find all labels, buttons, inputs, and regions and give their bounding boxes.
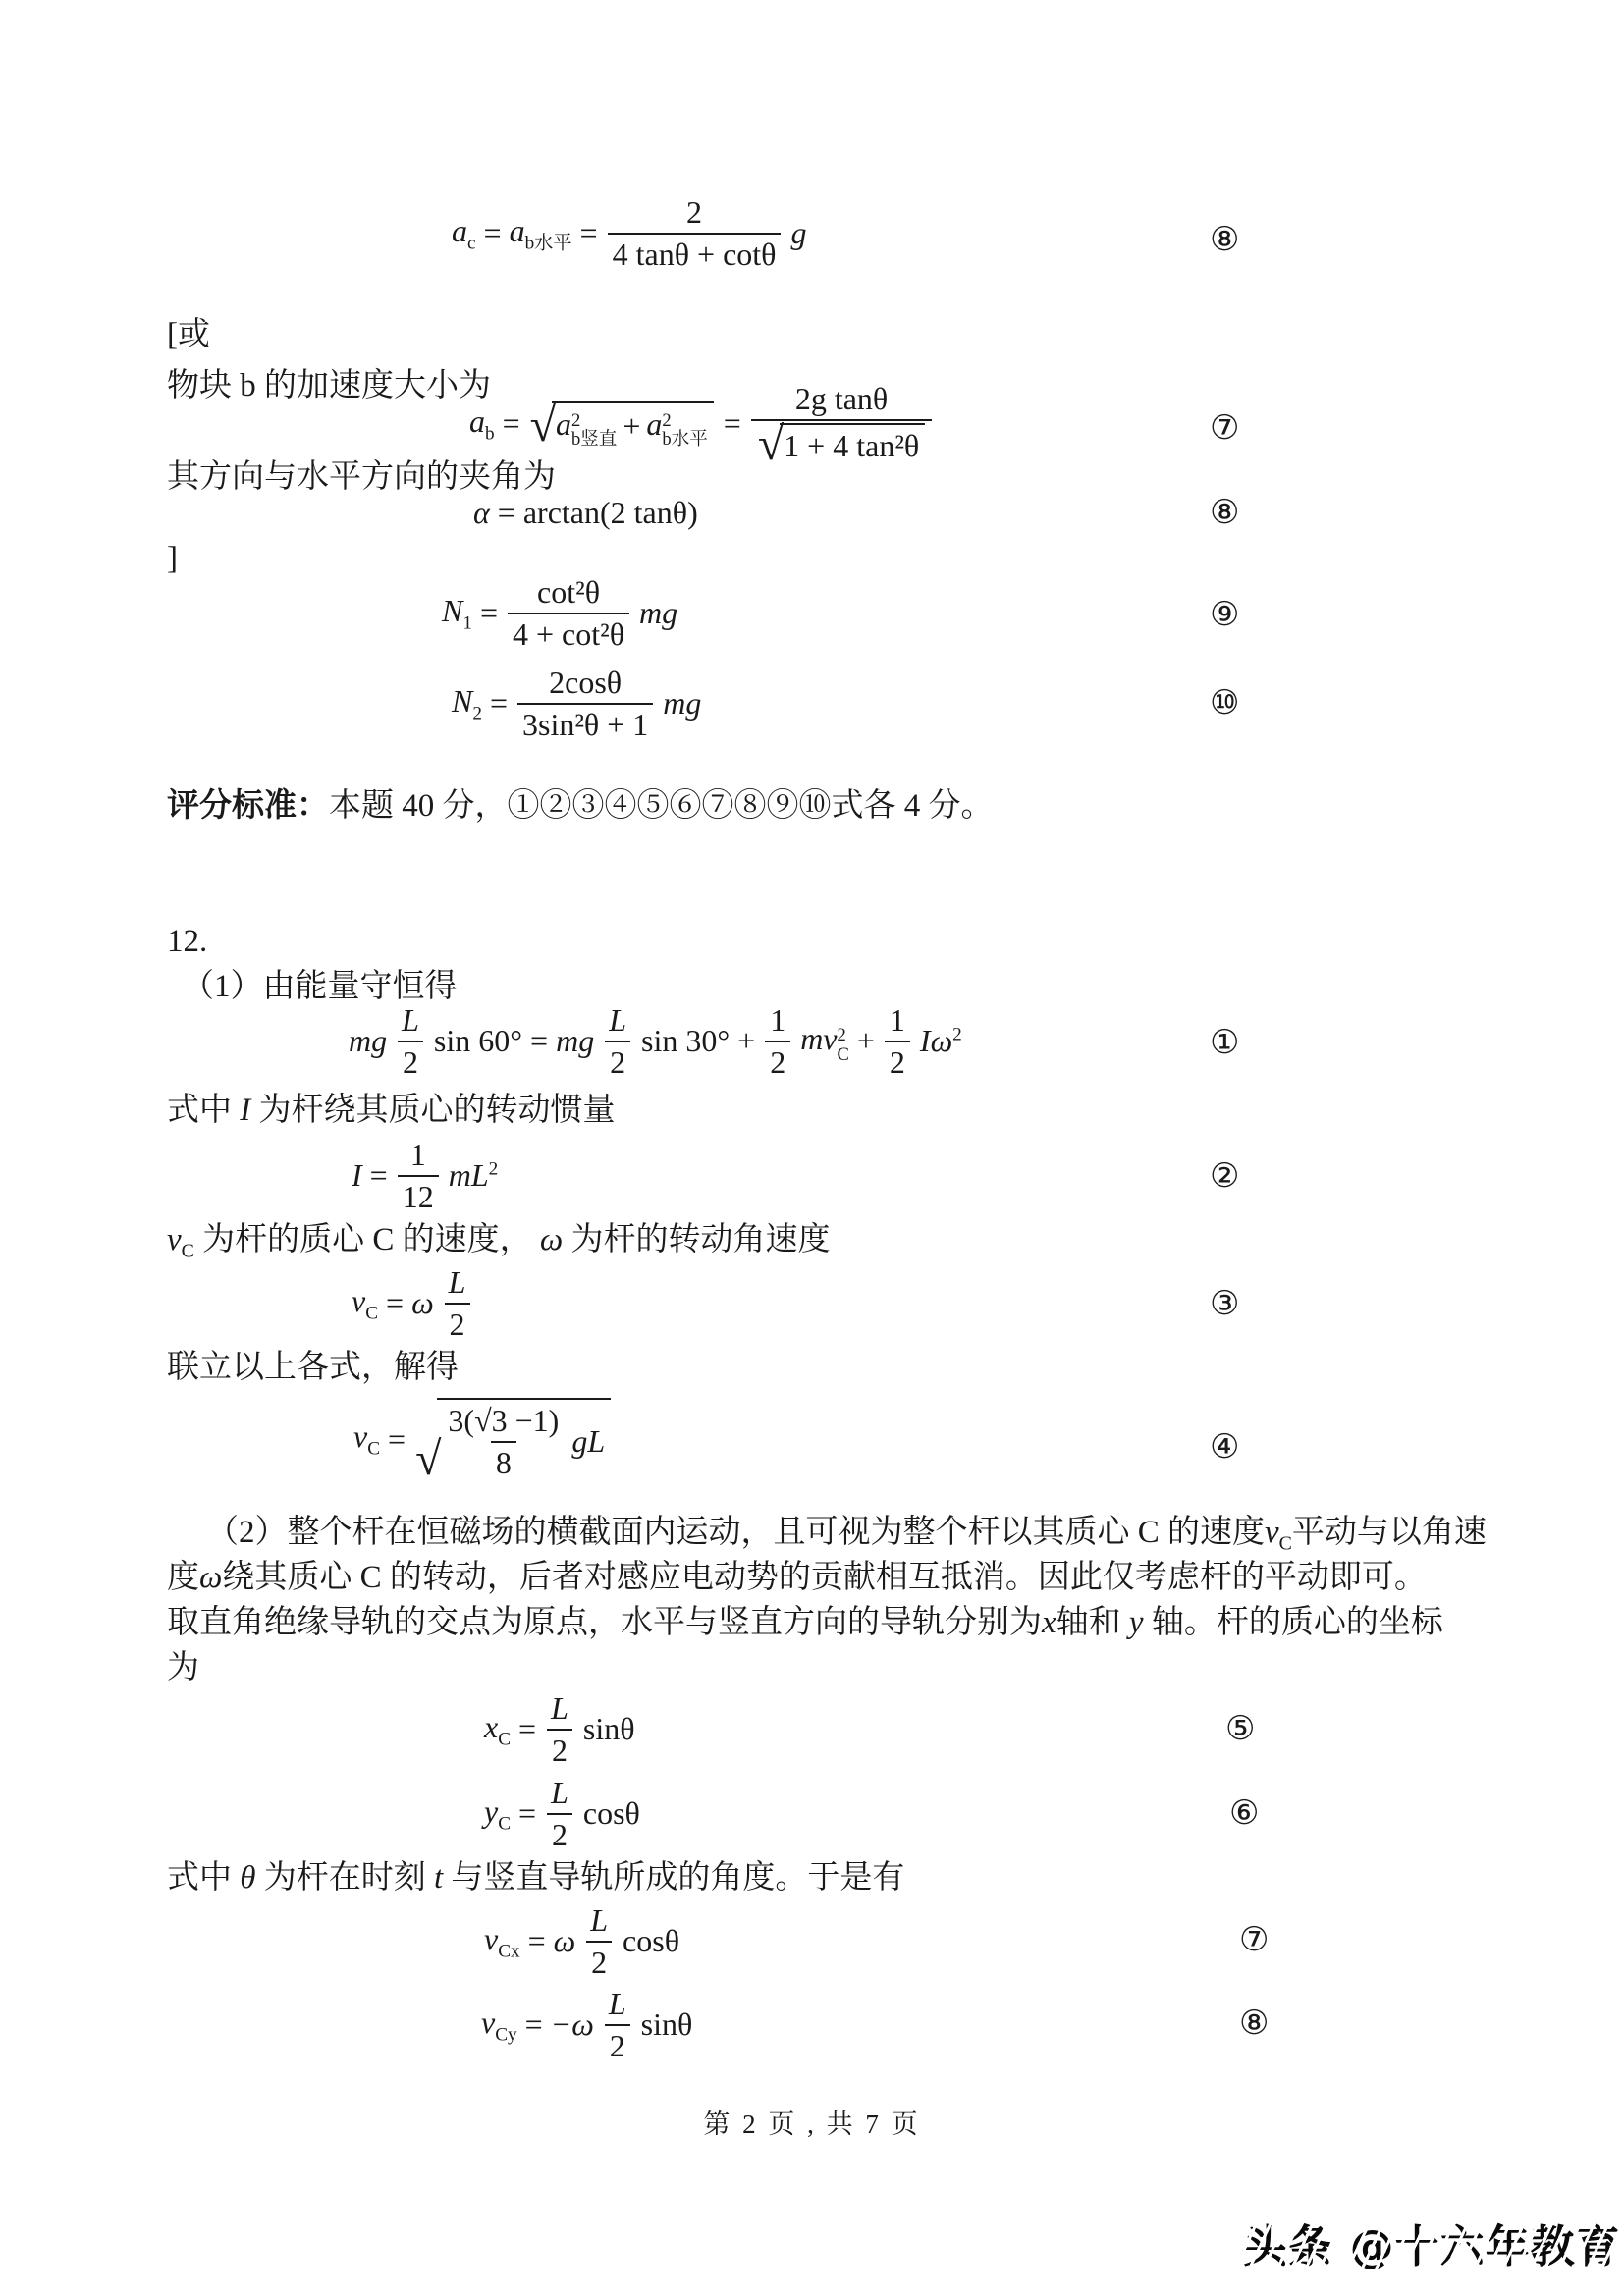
equation-vc: vC = ω L2 [352, 1264, 472, 1343]
equation-vc-result: vC = √ 3(√3 −1)8 gL [353, 1398, 613, 1481]
math-token: Iω2 [920, 1023, 962, 1059]
fraction: L2 [397, 1002, 424, 1081]
math-token: mg [349, 1023, 387, 1059]
equation-n2: N2 = 2cosθ 3sin²θ + 1 mg [452, 665, 701, 743]
math-token: N2 [452, 683, 482, 724]
equation-ab: ab = √ a2b竖直 + a2b水平 = 2g tanθ √ 1 + 4 t… [469, 381, 934, 467]
eq-tag-circled-7b: ⑦ [1239, 1924, 1269, 1957]
fraction: 3(√3 −1)8 [443, 1403, 564, 1481]
math-token: sin 30° [641, 1023, 730, 1059]
equation-yc: yC = L2 cosθ [484, 1775, 640, 1853]
math-token: mL2 [449, 1157, 499, 1194]
paragraph-2-line-2: 度ω绕其质心 C 的转动，后者对感应电动势的贡献相互抵消。因此仅考虑杆的平动即可… [167, 1557, 1427, 1599]
fraction: 112 [398, 1137, 439, 1215]
math-token: mg [556, 1023, 594, 1059]
math-token: = [518, 1711, 536, 1747]
fraction: 2 4 tanθ + cotθ [608, 194, 782, 273]
bracket-or-open: [或 [167, 314, 210, 356]
eq-tag-circled-8b: ⑧ [1210, 497, 1239, 530]
eq-tag-circled-4: ④ [1210, 1431, 1239, 1465]
fraction: 12 [765, 1002, 790, 1081]
radical: √ a2b竖直 + a2b水平 [530, 401, 714, 447]
paragraph-2-line-3: 取直角绝缘导轨的交点为原点，水平与竖直方向的导轨分别为x轴和 y 轴。杆的质心的… [167, 1602, 1443, 1644]
math-token: = [484, 215, 502, 251]
math-token: sinθ [583, 1711, 635, 1747]
math-token: + [857, 1023, 875, 1059]
math-token: + [623, 408, 640, 445]
fraction: L2 [444, 1264, 471, 1343]
paragraph-2-line-4: 为 [167, 1647, 199, 1689]
radical: √ 3(√3 −1)8 gL [415, 1398, 611, 1481]
math-token: cosθ [583, 1795, 640, 1832]
eq-tag-circled-6: ⑥ [1229, 1797, 1259, 1831]
fraction: cot²θ 4 + cot²θ [508, 574, 629, 653]
math-token: = [580, 215, 598, 251]
eq-tag-circled-9: ⑨ [1210, 599, 1239, 632]
fraction: L2 [546, 1690, 573, 1769]
math-token: ω [554, 1923, 576, 1959]
math-token: + [737, 1023, 755, 1059]
fraction: L2 [604, 1986, 631, 2064]
text-theta-definition: 式中 θ 为杆在时刻 t 与竖直导轨所成的角度。于是有 [167, 1857, 904, 1899]
paragraph-2-line-1: （2）整个杆在恒磁场的横截面内运动，且可视为整个杆以其质心 C 的速度vC平动与… [206, 1512, 1487, 1557]
eq-tag-circled-8c: ⑧ [1239, 2007, 1269, 2041]
math-token: = [370, 1157, 388, 1194]
math-token: xC [484, 1709, 511, 1750]
eq-tag-circled-5: ⑤ [1225, 1713, 1255, 1746]
math-token: sin 60° [434, 1023, 522, 1059]
math-token: a2b竖直 [556, 406, 617, 447]
math-token: ab [469, 403, 495, 445]
math-token: = [503, 405, 520, 442]
fraction: 2cosθ 3sin²θ + 1 [517, 665, 653, 743]
math-token: = [525, 2006, 543, 2043]
equation-n1: N1 = cot²θ 4 + cot²θ mg [442, 574, 677, 653]
text-vc-omega-definition: vC 为杆的质心 C 的速度， ω 为杆的转动角速度 [167, 1219, 830, 1264]
eq-tag-circled-1: ① [1210, 1027, 1239, 1060]
text-block-b: 物块 b 的加速度大小为 [167, 365, 491, 407]
equation-ac: ac = ab水平 = 2 4 tanθ + cotθ g [452, 194, 806, 273]
equation-vcy: vCy = −ω L2 sinθ [481, 1986, 692, 2064]
scoring-standard: 评分标准：本题 40 分，①②③④⑤⑥⑦⑧⑨⑩式各 4 分。 [167, 785, 994, 828]
page-footer: 第 2 页 , 共 7 页 [0, 2103, 1624, 2141]
text-direction: 其方向与水平方向的夹角为 [167, 456, 556, 499]
math-token: vCx [484, 1921, 520, 1962]
math-token: = [528, 1923, 546, 1959]
math-token: gL [571, 1423, 605, 1460]
document-page: ac = ab水平 = 2 4 tanθ + cotθ g ⑧ [或 物块 b … [0, 0, 1624, 2296]
text-solve: 联立以上各式，解得 [167, 1347, 459, 1389]
math-token: arctan(2 tanθ) [523, 495, 698, 531]
math-token: g [790, 215, 806, 251]
equation-alpha: α = arctan(2 tanθ) [473, 495, 698, 531]
math-token: mg [663, 685, 701, 721]
math-token: = [480, 595, 498, 631]
math-token: = [724, 405, 741, 442]
fraction: 2g tanθ √ 1 + 4 tan²θ [751, 381, 932, 467]
problem-number-12: 12. [167, 921, 207, 963]
eq-tag-circled-3: ③ [1210, 1288, 1239, 1321]
math-token: sinθ [641, 2006, 693, 2043]
scoring-text: 本题 40 分，①②③④⑤⑥⑦⑧⑨⑩式各 4 分。 [329, 788, 994, 824]
scoring-label: 评分标准： [167, 788, 329, 824]
math-token: a2b水平 [646, 406, 707, 447]
eq-tag-circled-8: ⑧ [1210, 224, 1239, 257]
equation-inertia: I = 112 mL2 [352, 1137, 498, 1215]
math-token: vC [352, 1283, 378, 1324]
fraction: L2 [604, 1002, 631, 1081]
math-token: mg [639, 595, 677, 631]
math-token: mv2C [800, 1021, 849, 1061]
math-token: ω [411, 1285, 434, 1321]
equation-vcx: vCx = ω L2 cosθ [484, 1902, 679, 1981]
watermark: 头条 @十六年教育 [1243, 2211, 1621, 2274]
bracket-or-close: ] [167, 538, 178, 580]
math-token: = [490, 685, 508, 721]
eq-tag-circled-7: ⑦ [1210, 412, 1239, 446]
math-token: vC [353, 1418, 380, 1460]
math-token: yC [484, 1793, 511, 1835]
math-token: N1 [442, 593, 472, 634]
fraction: 12 [885, 1002, 910, 1081]
math-token: = [498, 495, 515, 531]
equation-energy: mg L2 sin 60° = mg L2 sin 30° + 12 mv2C … [349, 1002, 962, 1081]
math-token: α [473, 495, 490, 531]
math-token: −ω [551, 2006, 594, 2043]
radical: √ 1 + 4 tan²θ [758, 423, 925, 465]
math-token: = [518, 1795, 536, 1832]
math-token: I [352, 1157, 362, 1194]
math-token: = [388, 1421, 406, 1458]
math-token: = [530, 1023, 548, 1059]
math-token: = [386, 1285, 404, 1321]
equation-xc: xC = L2 sinθ [484, 1690, 635, 1769]
fraction: L2 [546, 1775, 573, 1853]
math-token: vCy [481, 2004, 517, 2046]
fraction: L2 [585, 1902, 613, 1981]
text-moment-of-inertia: 式中 I 为杆绕其质心的转动惯量 [167, 1090, 616, 1132]
eq-tag-circled-2: ② [1210, 1160, 1239, 1194]
eq-tag-circled-10: ⑩ [1210, 687, 1239, 721]
math-token: ab水平 [510, 213, 572, 254]
math-token: ac [452, 213, 476, 254]
math-token: cosθ [623, 1923, 679, 1959]
